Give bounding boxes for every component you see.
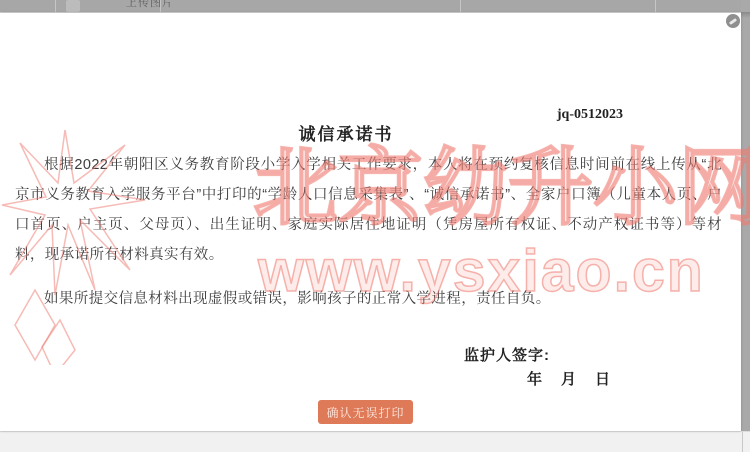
toolbar-divider (655, 0, 656, 12)
toolbar-scroll-thumb[interactable] (66, 0, 80, 12)
backdrop-right-strip (741, 0, 750, 431)
bottom-strip-divider (742, 432, 743, 452)
toolbar-divider (55, 0, 56, 12)
panel-corner-curl-icon[interactable] (726, 14, 740, 28)
top-toolbar: 上传图片 (0, 0, 750, 12)
commitment-letter-panel: jq-0512023 诚信承诺书 根据2022年朝阳区义务教育阶段小学入学相关工… (0, 13, 741, 431)
document-paragraph-2: 如果所提交信息材料出现虚假或错误，影响孩子的正常入学进程，责任自负。 (15, 284, 722, 314)
screen: 上传图片 jq-0512023 诚信承诺书 根据2022年朝阳区义务教育阶段小学… (0, 0, 750, 452)
upload-image-button[interactable]: 上传图片 (126, 0, 174, 10)
document-title: 诚信承诺书 (0, 120, 692, 145)
toolbar-divider (160, 0, 161, 12)
date-line: 年 月 日 (527, 368, 612, 389)
guardian-signature-label: 监护人签字: (464, 344, 550, 365)
document-paragraph-1: 根据2022年朝阳区义务教育阶段小学入学相关工作要求，本人将在预约复核信息时间前… (15, 150, 722, 270)
confirm-print-button[interactable]: 确认无误打印 (318, 400, 413, 424)
backdrop-bottom-strip (0, 431, 750, 452)
toolbar-divider (460, 0, 461, 12)
